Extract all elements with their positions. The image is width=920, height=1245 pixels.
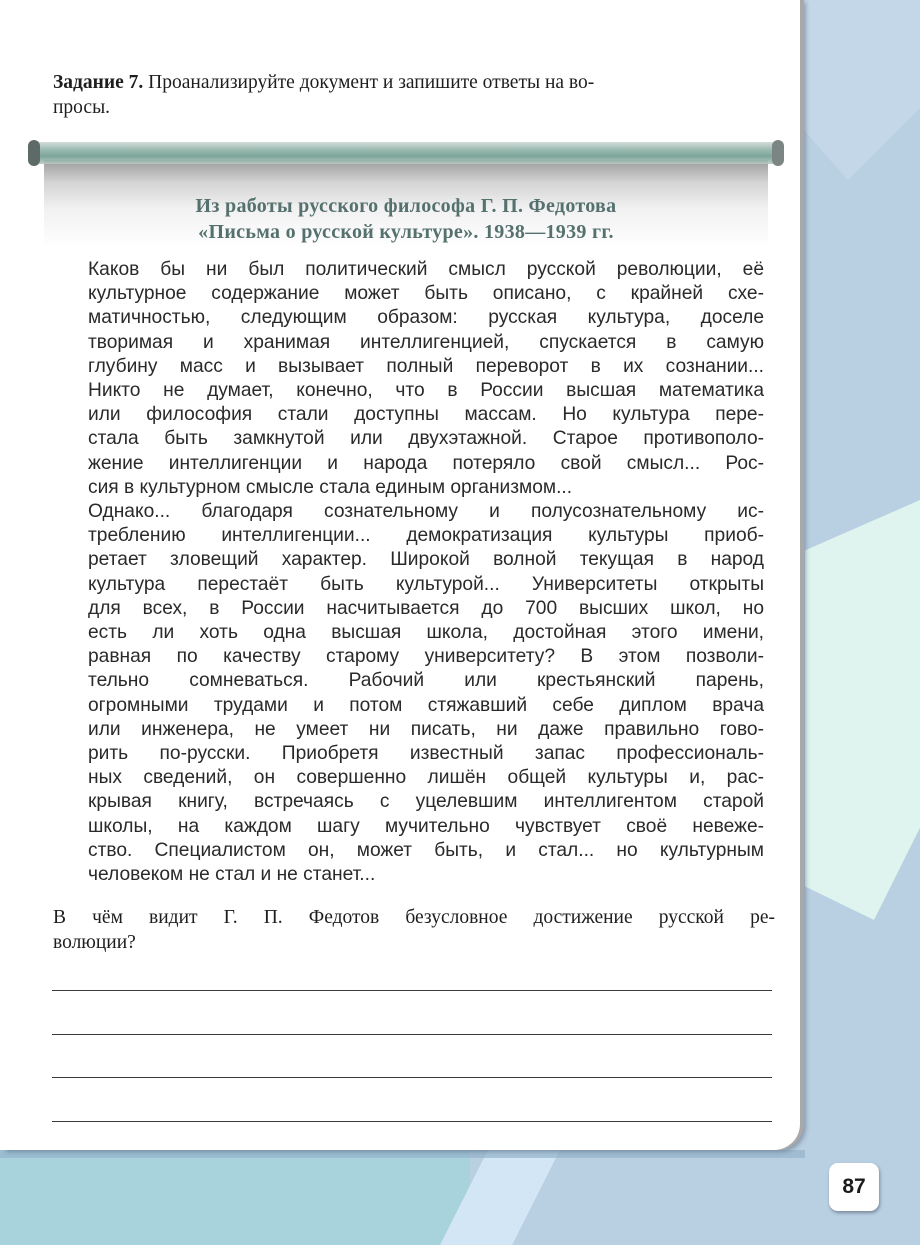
document-line: глубину масс и вызывает полный переворот… xyxy=(88,355,764,379)
document-line: стала быть замкнутой или двухэтажной. Ст… xyxy=(88,427,764,451)
document-line: треблению интеллигенции... демократизаци… xyxy=(88,524,764,548)
scroll-rod xyxy=(30,142,782,164)
document-line: или философия стали доступны массам. Но … xyxy=(88,403,764,427)
answer-line[interactable] xyxy=(52,1121,772,1122)
document-line: ство. Специалистом он, может быть, и ста… xyxy=(88,839,764,863)
background-facet xyxy=(805,500,920,920)
answer-line[interactable] xyxy=(52,1034,772,1035)
source-title-line1: Из работы русского философа Г. П. Федото… xyxy=(30,193,782,219)
document-line: культура перестаёт быть культурой... Уни… xyxy=(88,573,764,597)
question: В чём видит Г. П. Федотов безусловное до… xyxy=(53,905,775,955)
document-line: или инженера, не умеет ни писать, ни даж… xyxy=(88,718,764,742)
answer-line[interactable] xyxy=(52,1077,772,1078)
document-line: сия в культурном смысле стала единым орг… xyxy=(88,476,764,500)
document-line: матичностью, следующим образом: русская … xyxy=(88,306,764,330)
document-line: тельно сомневаться. Рабочий или крестьян… xyxy=(88,669,764,693)
page-number: 87 xyxy=(829,1163,879,1211)
document-line: крывая книгу, встречаясь с уцелевшим инт… xyxy=(88,790,764,814)
document-line: есть ли хоть одна высшая школа, достойна… xyxy=(88,621,764,645)
document-line: огромными трудами и потом стяжавший себе… xyxy=(88,694,764,718)
question-line2: волюции? xyxy=(53,930,775,955)
background-facet xyxy=(0,1150,470,1245)
document-line: рить по-русски. Приобретя известный запа… xyxy=(88,742,764,766)
document-line: Каков бы ни был политический смысл русск… xyxy=(88,258,764,282)
document-line: Однако... благодаря сознательному и полу… xyxy=(88,500,764,524)
answer-line[interactable] xyxy=(52,990,772,991)
task-instruction: Задание 7. Проанализируйте документ и за… xyxy=(53,70,775,120)
task-text-line1: Проанализируйте документ и запишите отве… xyxy=(143,72,594,93)
background-facet xyxy=(800,0,920,180)
task-text-line2: просы. xyxy=(53,97,110,118)
document-line: ных сведений, он совершенно лишён общей … xyxy=(88,766,764,790)
page-shadow xyxy=(0,1150,805,1158)
document-excerpt: Каков бы ни был политический смысл русск… xyxy=(88,258,764,887)
question-line1: В чём видит Г. П. Федотов безусловное до… xyxy=(53,905,775,930)
source-title-line2: «Письма о русской культуре». 1938—1939 г… xyxy=(30,219,782,245)
document-line: школы, на каждом шагу мучительно чувству… xyxy=(88,815,764,839)
document-line: для всех, в России насчитывается до 700 … xyxy=(88,597,764,621)
document-line: человеком не стал и не станет... xyxy=(88,863,764,887)
scroll-rod-end xyxy=(772,140,784,166)
document-line: жение интеллигенции и народа потеряло св… xyxy=(88,452,764,476)
document-line: творимая и хранимая интеллигенцией, спус… xyxy=(88,331,764,355)
document-line: равная по качеству старому университету?… xyxy=(88,645,764,669)
document-line: Никто не думает, конечно, что в России в… xyxy=(88,379,764,403)
source-title: Из работы русского философа Г. П. Федото… xyxy=(30,193,782,245)
task-label: Задание 7. xyxy=(53,72,143,93)
textbook-page: Задание 7. Проанализируйте документ и за… xyxy=(0,0,800,1150)
scroll-rod-end xyxy=(28,140,40,166)
document-line: культурное содержание может быть описано… xyxy=(88,282,764,306)
document-line: ретает зловещий характер. Широкой волной… xyxy=(88,548,764,572)
